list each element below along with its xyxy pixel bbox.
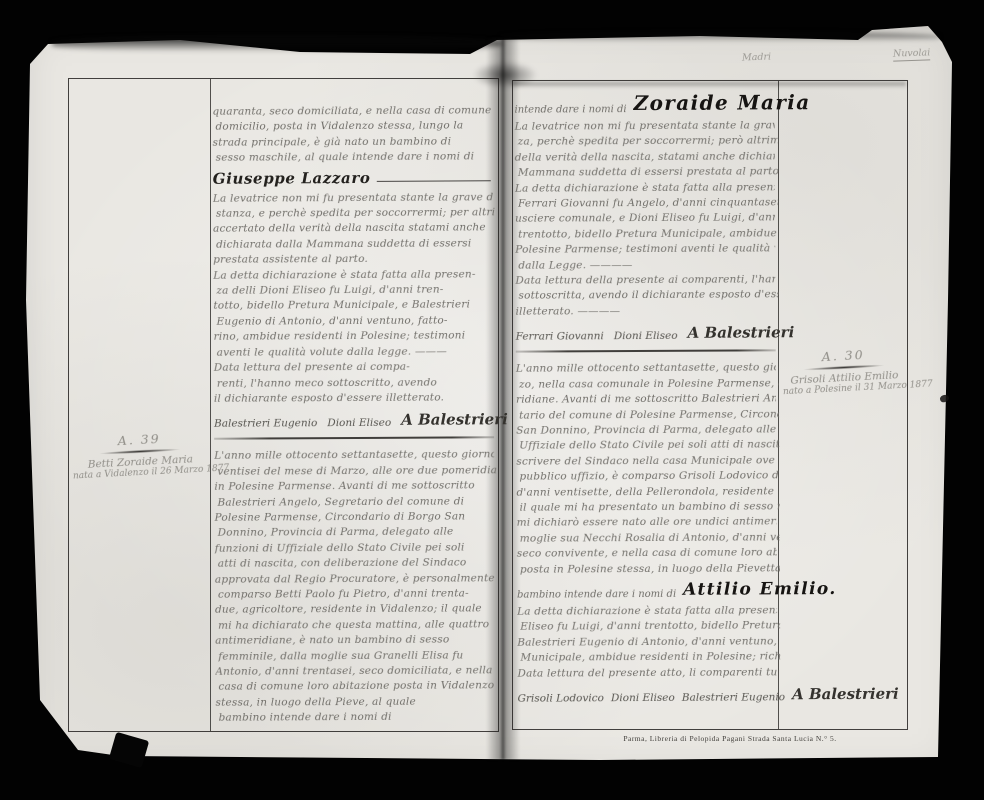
page-edge-smudge-right xyxy=(500,32,940,42)
handwritten-line: pubblico uffizio, è comparso Grisoli Lod… xyxy=(519,468,779,485)
handwritten-line: La detta dichiarazione è stata fatta all… xyxy=(515,180,775,197)
act-zoraide-body: La levatrice non mi fu presentata stante… xyxy=(515,118,776,320)
handwritten-line: usciere comunale, e Dioni Eliseo fu Luig… xyxy=(515,211,775,228)
signature: Dioni Eliseo xyxy=(327,417,391,429)
handwritten-line: d'anni ventisette, della Pellerondola, r… xyxy=(516,484,776,501)
pencil-annotation-right: Nuvolai xyxy=(893,47,931,61)
handwritten-line: Donnino, Provincia di Parma, delegato al… xyxy=(218,525,498,542)
lead-in-text: intende dare i nomi di xyxy=(514,104,626,116)
handwritten-line: Data lettura del presente ai compa- xyxy=(214,359,494,376)
act-giuseppe-continuation: quaranta, seco domiciliata, e nella casa… xyxy=(212,103,492,166)
handwritten-line: sottoscritta, avendo il dichiarante espo… xyxy=(518,288,778,305)
scanned-register-photo: Madri Nuvolai A. 39 Betti Zoraide Maria … xyxy=(0,0,984,800)
official-signature: A Balestrieri xyxy=(401,411,508,430)
ink-blot xyxy=(939,394,950,404)
handwritten-line: antimeridiane, è nato un bambino di sess… xyxy=(215,632,495,649)
handwritten-line: ridiane. Avanti di me sottoscritto Bales… xyxy=(516,391,776,408)
handwritten-line: ventisei del mese di Marzo, alle ore due… xyxy=(217,463,497,480)
handwritten-line: L'anno mille ottocento settantasette, qu… xyxy=(214,448,494,465)
official-signature: A Balestrieri xyxy=(792,685,899,704)
handwritten-line: strada principale, è già nato un bambino… xyxy=(213,134,493,151)
margin-note-act-30: A. 30 Grisoli Attilio Emilio nato a Pole… xyxy=(781,345,907,397)
handwritten-line: dichiarata dalla Mammana suddetta di ess… xyxy=(216,236,496,253)
handwritten-line: quaranta, seco domiciliata, e nella casa… xyxy=(212,103,492,120)
handwritten-line: zo, nella casa comunale in Polesine Parm… xyxy=(519,376,779,393)
handwritten-line: Eugenio di Antonio, d'anni ventuno, fatt… xyxy=(216,313,496,330)
handwritten-line: rino, ambidue residenti in Polesine; tes… xyxy=(214,329,494,346)
act-divider-line xyxy=(214,437,494,440)
handwritten-line: Mammana suddetta di essersi prestata al … xyxy=(518,165,778,182)
handwritten-line: La levatrice non mi fu presentata stante… xyxy=(213,190,493,207)
child-name-attilio-emilio: Attilio Emilio. xyxy=(683,579,837,600)
handwritten-line: femminile, dalla moglie sua Granelli Eli… xyxy=(218,648,498,665)
margin-note-act-39: A. 39 Betti Zoraide Maria nata a Vidalen… xyxy=(71,428,209,481)
handwritten-line: sesso maschile, al quale intende dare i … xyxy=(216,149,496,166)
handwritten-line: due, agricoltore, residente in Vidalenzo… xyxy=(215,602,495,619)
handwritten-line: Balestrieri Angelo, Segretario del comun… xyxy=(217,494,497,511)
signature-row: Grisoli Lodovico Dioni Eliseo Balestrier… xyxy=(518,685,778,704)
lead-in-text: bambino intende dare i nomi di xyxy=(517,589,676,601)
handwritten-line: Balestrieri Eugenio di Antonio, d'anni v… xyxy=(517,634,777,651)
act-zoraide-opening: L'anno mille ottocento settantasette, qu… xyxy=(214,448,495,727)
handwritten-line: stanza, e perchè spedita per soccorrermi… xyxy=(216,205,496,222)
handwritten-line: il dichiarante esposto d'essere illetter… xyxy=(214,390,494,407)
handwritten-line: mi dichiarò essere nato alle ore undici … xyxy=(517,515,777,532)
handwritten-line: stessa, in luogo della Pieve, al quale xyxy=(215,694,495,711)
handwritten-line: aventi le qualità volute dalla legge. ——… xyxy=(217,344,497,361)
handwritten-line: renti, l'hanno meco sottoscritto, avendo xyxy=(217,375,497,392)
official-signature: A Balestrieri xyxy=(688,324,795,343)
handwritten-line: La detta dichiarazione è stata fatta all… xyxy=(517,603,777,620)
signature: Dioni Eliseo xyxy=(614,330,678,342)
signature: Ferrari Giovanni xyxy=(516,331,604,343)
handwritten-line: Polesine Parmense; testimoni aventi le q… xyxy=(515,242,775,259)
right-page-text-column: intende dare i nomi di Zoraide Maria La … xyxy=(514,87,777,704)
handwritten-line: San Donnino, Provincia di Parma, delegat… xyxy=(516,422,776,439)
child-name-row: Giuseppe Lazzaro xyxy=(213,168,493,187)
handwritten-line: accertato della verità della nascita sta… xyxy=(213,221,493,238)
handwritten-line: atti di nascita, con deliberazione del S… xyxy=(218,555,498,572)
handwritten-line: za, perchè spedita per soccorrermi; però… xyxy=(518,134,778,151)
pencil-annotation-left: Madri xyxy=(742,51,771,63)
handwritten-line: La detta dichiarazione è stata fatta all… xyxy=(213,267,493,284)
handwritten-line: trentotto, bidello Pretura Municipale, a… xyxy=(518,226,778,243)
handwritten-line: casa di comune loro abitazione posta in … xyxy=(218,679,498,696)
handwritten-line: comparso Betti Paolo fu Pietro, d'anni t… xyxy=(218,586,498,603)
handwritten-line: moglie sua Necchi Rosalia di Antonio, d'… xyxy=(520,530,780,547)
handwritten-line: illetterato. ———— xyxy=(516,303,776,320)
handwritten-line: Data lettura del presente atto, li compa… xyxy=(517,665,777,682)
signature: Dioni Eliseo xyxy=(611,692,675,704)
child-name-zoraide-maria: Zoraide Maria xyxy=(633,90,810,115)
child-name-giuseppe-lazzaro: Giuseppe Lazzaro xyxy=(213,169,371,188)
signature-row: Ferrari Giovanni Dioni Eliseo A Balestri… xyxy=(516,324,776,343)
handwritten-line: Ferrari Giovanni fu Angelo, d'anni cinqu… xyxy=(518,195,778,212)
handwritten-line: Antonio, d'anni trentasei, seco domicili… xyxy=(215,663,495,680)
handwritten-line: Uffiziale dello Stato Civile pei soli at… xyxy=(519,438,779,455)
signature-row: Balestrieri Eugenio Dioni Eliseo A Bales… xyxy=(214,411,494,430)
act-divider-line xyxy=(516,350,776,353)
handwritten-line: scrivere del Sindaco nella casa Municipa… xyxy=(516,453,776,470)
printer-imprint: Parma, Libreria di Pelopida Pagani Strad… xyxy=(540,734,920,743)
handwritten-line: La levatrice non mi fu presentata stante… xyxy=(515,118,775,135)
handwritten-line: Municipale, ambidue residenti in Polesin… xyxy=(520,649,780,666)
handwritten-line: seco convivente, e nella casa di comune … xyxy=(517,545,777,562)
handwritten-line: domicilio, posta in Vidalenzo stessa, lu… xyxy=(215,119,495,136)
witness-paragraph: La detta dichiarazione è stata fatta all… xyxy=(213,267,493,361)
handwritten-line: L'anno mille ottocento settantasette, qu… xyxy=(516,361,776,378)
left-page-text-column: quaranta, seco domiciliata, e nella casa… xyxy=(212,103,495,726)
handwritten-line: mi ha dichiarato che questa mattina, all… xyxy=(218,617,498,634)
child-name-row: intende dare i nomi di Zoraide Maria xyxy=(514,90,774,115)
handwritten-line: za delli Dioni Eliseo fu Luigi, d'anni t… xyxy=(216,282,496,299)
handwritten-line: totto, bidello Pretura Municipale, e Bal… xyxy=(213,298,493,315)
handwritten-line: dalla Legge. ———— xyxy=(518,257,778,274)
page-edge-smudge-left xyxy=(52,36,502,52)
child-name-row: bambino intende dare i nomi di Attilio E… xyxy=(517,579,777,600)
signature: Balestrieri Eugenio xyxy=(682,691,785,704)
handwritten-line: Polesine Parmense, Circondario di Borgo … xyxy=(214,509,494,526)
handwritten-line: bambino intende dare i nomi di xyxy=(219,709,499,726)
signature: Grisoli Lodovico xyxy=(518,692,604,704)
handwritten-line: il quale mi ha presentato un bambino di … xyxy=(520,499,780,516)
inked-rule-fill xyxy=(376,180,490,182)
act-attilio-body: L'anno mille ottocento settantasette, qu… xyxy=(516,361,777,578)
handwritten-line: approvata dal Regio Procuratore, è perso… xyxy=(215,571,495,588)
handwritten-line: tario del comune di Polesine Parmense, C… xyxy=(519,407,779,424)
act-attilio-closing: La detta dichiarazione è stata fatta all… xyxy=(517,603,777,681)
signature: Balestrieri Eugenio xyxy=(214,418,317,431)
midwife-paragraph: La levatrice non mi fu presentata stante… xyxy=(213,190,493,268)
handwritten-line: della verità della nascita, statami anch… xyxy=(515,149,775,166)
handwritten-line: in Polesine Parmense. Avanti di me sotto… xyxy=(214,478,494,495)
handwritten-line: prestata assistente al parto. xyxy=(213,252,493,269)
handwritten-line: funzioni di Uffiziale dello Stato Civile… xyxy=(215,540,495,557)
handwritten-line: Data lettura della presente ai comparent… xyxy=(515,272,775,289)
closing-paragraph: Data lettura del presente ai compa-renti… xyxy=(214,359,494,407)
handwritten-line: posta in Polesine stessa, in luogo della… xyxy=(520,561,780,578)
left-page-margin-rule xyxy=(210,79,211,731)
handwritten-line: Eliseo fu Luigi, d'anni trentotto, bidel… xyxy=(520,619,780,636)
